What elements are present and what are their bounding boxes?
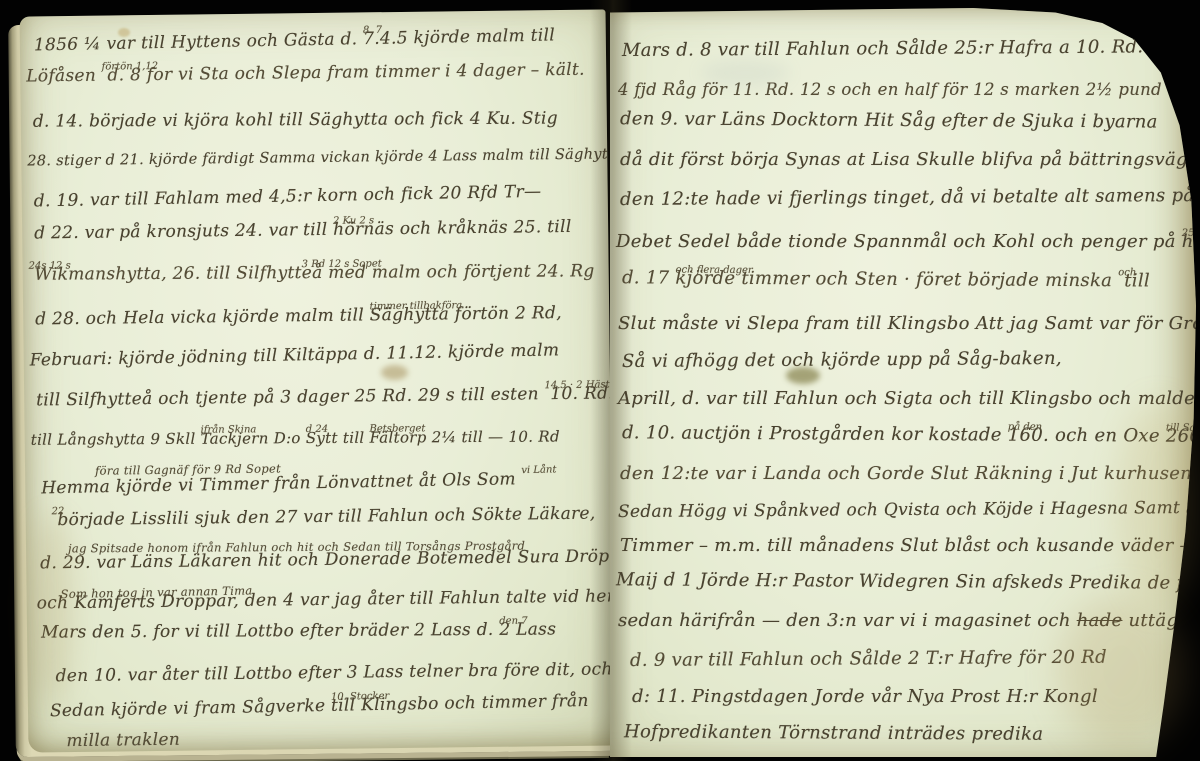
handwritten-text: d. 17 [622,267,676,288]
manuscript-line: 24s 12 s Wikmanshytta, 26. till Silfhytt… [29,258,609,291]
manuscript-line: till Långshytta 9 Skll ifrån SkinaTackje… [31,423,611,456]
handwritten-text: den 10. var åter till Lottbo efter 3 Las… [55,659,612,686]
handwritten-text: till Långshytta 9 Skll [31,430,201,449]
handwritten-text: 7.4.5 kjörde malm till [363,25,555,49]
manuscript-line: Mars d. 8 var till Fahlun och Sålde 25:r… [622,33,1196,65]
manuscript-line: den 9. var Läns Docktorn Hit Såg efter d… [620,105,1196,137]
handwritten-text: Debet Sedel både tionde Spannmål och Koh… [616,231,1182,252]
manuscript-line: Sedan kjörde vi fram Sågverke 10. Stocke… [50,687,614,727]
handwritten-text: Februari: kjörde jödning till Kiltäppa d… [30,340,560,370]
handwritten-text: d: 11. Pingstdagen Jorde vår Nya Prost H… [632,686,1098,707]
manuscript-line: Aprill, d. var till Fahlun och Sigta och… [618,385,1196,413]
handwritten-text: Hemma kjörde vi Timmer från Lönvattnet å… [41,469,522,498]
handwritten-text: Som hon tog in var annan Tima [60,583,252,601]
handwritten-text: Maij d 1 Jörde H:r Pastor Widegren Sin a… [616,569,1196,594]
page-right-lines: Mars d. 8 var till Fahlun och Sålde 25:r… [610,5,1196,757]
page-left: 1856 ¼ var till Hyttens och Gästa d. 8. … [20,9,615,752]
manuscript-line: Sedan Högg vi Spånkved och Qvista och Kö… [618,494,1196,526]
handwritten-text: 4 fjd Råg för 11. Rd. 12 s och en half f… [618,80,1196,99]
handwritten-text: 28. stiger d 21. kjörde färdigt Samma vi… [27,146,614,169]
manuscript-line: Maij d 1 Jörde H:r Pastor Widegren Sin a… [616,566,1196,598]
handwritten-text: Timmer – m.m. till månadens Slut blåst o… [620,535,1196,556]
handwritten-text: jag Spitsade honom ifrån Fahlun och hit … [68,539,525,556]
handwritten-text: den 12:te var i Landa och Gorde Slut Räk… [620,463,1192,484]
page-right: Mars d. 8 var till Fahlun och Sålde 25:r… [610,5,1196,757]
manuscript-line: den 12:te hade vi fjerlings tinget, då v… [620,182,1196,214]
handwritten-text: sedan härifrån — den 3:n var vi i magasi… [618,610,1077,631]
handwritten-text: började Lisslili sjuk den 27 var till Fa… [52,504,596,531]
manuscript-line: d. 17 och flera dagerkjörde timmer och S… [622,264,1196,299]
manuscript-line: Hofpredikanten Törnstrand inträdes predi… [624,718,1196,749]
manuscript-line: d. 9 var till Fahlun och Sålde 2 T:r Haf… [630,643,1196,675]
handwritten-text: Hofpredikanten Törnstrand inträdes predi… [624,721,1043,745]
manuscript-line: 22 började Lisslili sjuk den 27 var till… [52,500,612,536]
handwritten-text: Mars d. 8 var till Fahlun och Sålde 25:r… [622,36,1196,61]
manuscript-line: Så vi afhögg det och kjörde upp på Såg-b… [622,344,1196,376]
page-left-lines: 1856 ¼ var till Hyttens och Gästa d. 8. … [20,9,615,752]
manuscript-line: d. 14. började vi kjöra kohl till Säghyt… [33,105,607,135]
handwritten-text: d 22. var på kronsjuts 24. var till [34,220,333,244]
manuscript-line: den 10. var åter till Lottbo efter 3 Las… [55,656,613,689]
struck-out-text: hade [1077,610,1123,631]
handwritten-text: Mars den 5. for vi till Lottbo efter brä… [41,620,499,643]
manuscript-line: 28. stiger d 21. kjörde färdigt Samma vi… [27,141,607,174]
handwritten-text: Slut måste vi Slepa fram till Klingsbo A… [618,313,1196,334]
manuscript-line: den 12:te var i Landa och Gorde Slut Räk… [620,460,1196,488]
handwritten-text: Aprill, d. var till Fahlun och Sigta och… [618,388,1196,409]
manuscript-line: Mars den 5. for vi till Lottbo efter brä… [41,616,613,648]
book-spread: 1856 ¼ var till Hyttens och Gästa d. 8. … [0,0,1200,761]
handwritten-text: uttägt – [1122,610,1196,631]
handwritten-text: den 12:te hade vi fjerlings tinget, då v… [620,185,1196,210]
manuscript-line: d: 11. Pingstdagen Jorde vår Nya Prost H… [632,683,1196,711]
manuscript-line: d 28. och Hela vicka kjörde malm till ti… [35,299,609,335]
manuscript-line: Löfåsen förtön 1,12 d. 8 for vi Sta och … [26,56,606,92]
handwritten-text: d. 10. auctjön i Prostgården kor kostade [622,422,1008,445]
handwritten-text: Sedan Högg vi Spånkved och Qvista och Kö… [618,498,1196,522]
manuscript-line: 4 fjd Råg för 11. Rd. 12 s och en half f… [618,76,1196,104]
manuscript-line: Slut måste vi Slepa fram till Klingsbo A… [618,310,1196,338]
manuscript-line: d. 10. auctjön i Prostgården kor kostade… [622,419,1196,454]
handwritten-text: Sedan kjörde vi fram Sågverke [50,696,331,721]
manuscript-line: Timmer – m.m. till månadens Slut blåst o… [620,532,1196,560]
handwritten-text: d. 19. var till Fahlam med 4,5:r korn oc… [34,182,542,212]
handwritten-text: d 28. och Hela vicka kjörde malm till [35,305,370,329]
manuscript-line: då dit först börja Synas at Lisa Skulle … [620,146,1196,174]
manuscript-line: Februari: kjörde jödning till Kiltäppa d… [29,336,609,373]
manuscript-line: sedan härifrån — den 3:n var vi i magasi… [618,607,1196,635]
handwritten-text: d. 9 var till Fahlun och Sålde 2 T:r Haf… [630,647,1107,671]
handwritten-text: till Silfhytteå och tjente på 3 dager 25… [36,384,545,410]
handwritten-text: milla traklen [66,730,180,751]
handwritten-text: 1856 ¼ var till Hyttens och Gästa d. [34,29,364,55]
manuscript-line: 1856 ¼ var till Hyttens och Gästa d. 8. … [34,21,606,61]
manuscript-line: d. 19. var till Fahlam med 4,5:r korn oc… [34,177,608,214]
handwritten-text: den 9. var Läns Docktorn Hit Såg efter d… [620,108,1158,132]
manuscript-line: till Silfhytteå och tjente på 3 dager 25… [36,380,610,416]
handwritten-text: Så vi afhögg det och kjörde upp på Såg-b… [622,348,1062,372]
handwritten-text: d. 14. började vi kjöra kohl till Säghyt… [33,108,558,131]
handwritten-text: d. 8 for vi Sta och Slepa fram timmer i … [102,60,585,86]
handwritten-text: Löfåsen [26,66,102,87]
manuscript-line: Debet Sedel både tionde Spannmål och Koh… [616,228,1196,259]
handwritten-text: då dit först börja Synas at Lisa Skulle … [620,149,1196,170]
manuscript-line: d 22. var på kronsjuts 24. var till 2 Ku… [34,213,608,249]
